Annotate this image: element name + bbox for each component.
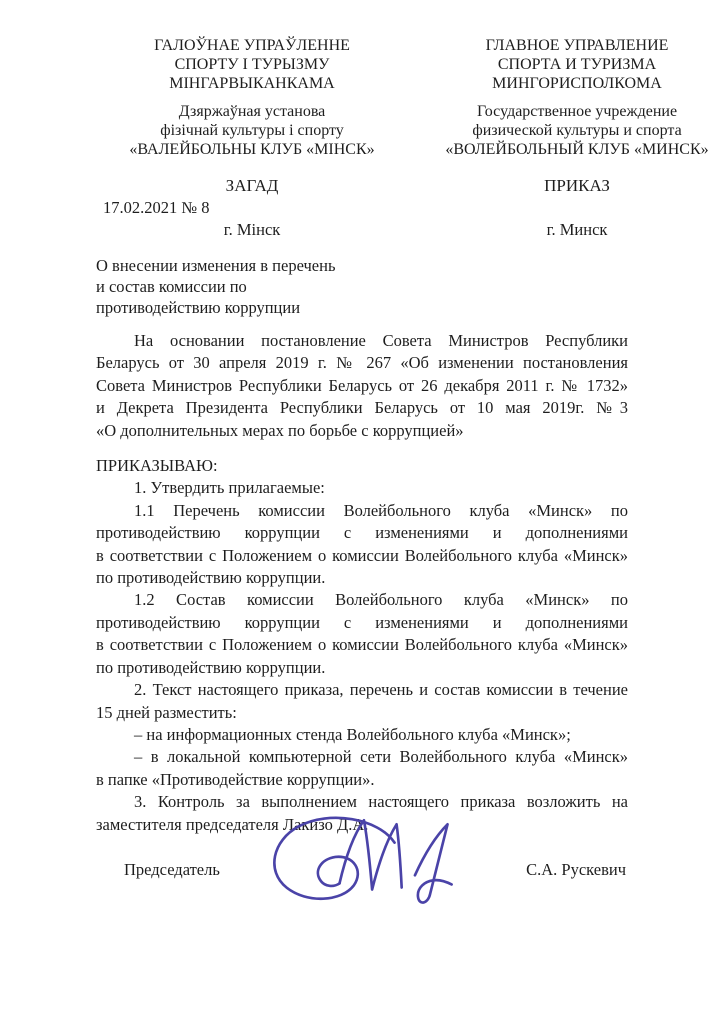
signature-block: Председатель С.А. Рускевич [96, 842, 628, 982]
order-heading: ЗАГАД ПРИКАЗ 17.02.2021 № 8 г. Мінск г. … [0, 176, 724, 240]
letterhead-right-column: ГЛАВНОЕ УПРАВЛЕНИЕ СПОРТА И ТУРИЗМА МИНГ… [434, 36, 720, 159]
paragraph-item-1-1: 1.1 Перечень комиссии Волейбольного клуб… [96, 500, 628, 590]
subject-line: противодействию коррупции [96, 297, 456, 318]
document-body: На основании постановление Совета Минист… [96, 330, 628, 836]
paragraph-item-1: 1. Утвердить прилагаемые: [96, 477, 628, 499]
text-line: – в локальной компьютерной сети Волейбол… [96, 746, 628, 768]
text-line: 1.1 Перечень комиссии Волейбольного клуб… [96, 500, 628, 522]
text-line: 2. Текст настоящего приказа, перечень и … [96, 679, 628, 701]
order-place-belarusian: г. Мінск [96, 220, 408, 240]
order-place-row: г. Мінск г. Минск [0, 220, 724, 240]
signer-position-title: Председатель [124, 860, 220, 880]
text-line: 15 дней разместить: [96, 702, 628, 724]
organization-name-line: «ВАЛЕЙБОЛЬНЫ КЛУБ «МІНСК» [96, 140, 408, 159]
text-line: противодействию коррупции с изменениями … [96, 522, 628, 544]
subject-line: и состав комиссии по [96, 276, 456, 297]
authority-name-line: СПОРТУ І ТУРЫЗМУ [96, 55, 408, 74]
paragraph-decree-word: ПРИКАЗЫВАЮ: [96, 455, 628, 477]
organization-name-line: «ВОЛЕЙБОЛЬНЫЙ КЛУБ «МИНСК» [434, 140, 720, 159]
signature-stroke [415, 824, 452, 902]
organization-name-block: Дзяржаўная установа фізічнай культуры і … [96, 102, 408, 159]
authority-name-line: ГЛАВНОЕ УПРАВЛЕНИЕ [434, 36, 720, 55]
paragraph-item-2-dash-1: – на информационных стенда Волейбольного… [96, 724, 628, 746]
authority-name-line: ГАЛОЎНАЕ УПРАЎЛЕННЕ [96, 36, 408, 55]
order-type-row: ЗАГАД ПРИКАЗ [0, 176, 724, 196]
text-line: и Декрета Президента Республики Беларусь… [96, 397, 628, 419]
organization-name-line: Дзяржаўная установа [96, 102, 408, 121]
signature-stroke [340, 820, 402, 889]
text-line: «О дополнительных мерах по борьбе с корр… [96, 420, 628, 442]
text-line: по противодействию коррупции. [96, 567, 628, 589]
authority-name-line: МИНГОРИСПОЛКОМА [434, 74, 720, 93]
signer-name: С.А. Рускевич [526, 860, 626, 880]
paragraph-preamble: На основании постановление Совета Минист… [96, 330, 628, 442]
handwritten-signature-icon [264, 808, 468, 914]
paragraph-item-2: 2. Текст настоящего приказа, перечень и … [96, 679, 628, 724]
order-type-russian: ПРИКАЗ [434, 176, 720, 196]
text-line: в соответствии с Положением о комиссии В… [96, 545, 628, 567]
authority-name-line: СПОРТА И ТУРИЗМА [434, 55, 720, 74]
subject-line: О внесении изменения в перечень [96, 255, 456, 276]
text-line: ПРИКАЗЫВАЮ: [96, 455, 628, 477]
organization-name-line: физической культуры и спорта [434, 121, 720, 140]
subject-block: О внесении изменения в перечень и состав… [96, 255, 456, 318]
order-type-belarusian: ЗАГАД [96, 176, 408, 196]
text-line: в соответствии с Положением о комиссии В… [96, 634, 628, 656]
text-line: 1. Утвердить прилагаемые: [96, 477, 628, 499]
text-line: Беларусь от 30 апреля 2019 г. № 267 «Об … [96, 352, 628, 374]
paragraph-item-1-2: 1.2 Состав комиссии Волейбольного клуба … [96, 589, 628, 679]
organization-name-block: Государственное учреждение физической ку… [434, 102, 720, 159]
order-date-number: 17.02.2021 № 8 [0, 197, 724, 219]
text-line: по противодействию коррупции. [96, 657, 628, 679]
text-line: – на информационных стенда Волейбольного… [96, 724, 628, 746]
text-line: На основании постановление Совета Минист… [96, 330, 628, 352]
text-line: Совета Министров Республики Беларусь от … [96, 375, 628, 397]
order-place-russian: г. Минск [434, 220, 720, 240]
organization-name-line: фізічнай культуры і спорту [96, 121, 408, 140]
text-line: 1.2 Состав комиссии Волейбольного клуба … [96, 589, 628, 611]
authority-name-line: МІНГАРВЫКАНКАМА [96, 74, 408, 93]
text-line: в папке «Противодействие коррупции». [96, 769, 628, 791]
paragraph-item-2-dash-2: – в локальной компьютерной сети Волейбол… [96, 746, 628, 791]
letterhead-left-column: ГАЛОЎНАЕ УПРАЎЛЕННЕ СПОРТУ І ТУРЫЗМУ МІН… [96, 36, 408, 159]
letterhead: ГАЛОЎНАЕ УПРАЎЛЕННЕ СПОРТУ І ТУРЫЗМУ МІН… [0, 36, 724, 159]
text-line: противодействию коррупции с изменениями … [96, 612, 628, 634]
organization-name-line: Государственное учреждение [434, 102, 720, 121]
document-page: ГАЛОЎНАЕ УПРАЎЛЕННЕ СПОРТУ І ТУРЫЗМУ МІН… [0, 0, 724, 1024]
signature-stroke [274, 818, 394, 899]
